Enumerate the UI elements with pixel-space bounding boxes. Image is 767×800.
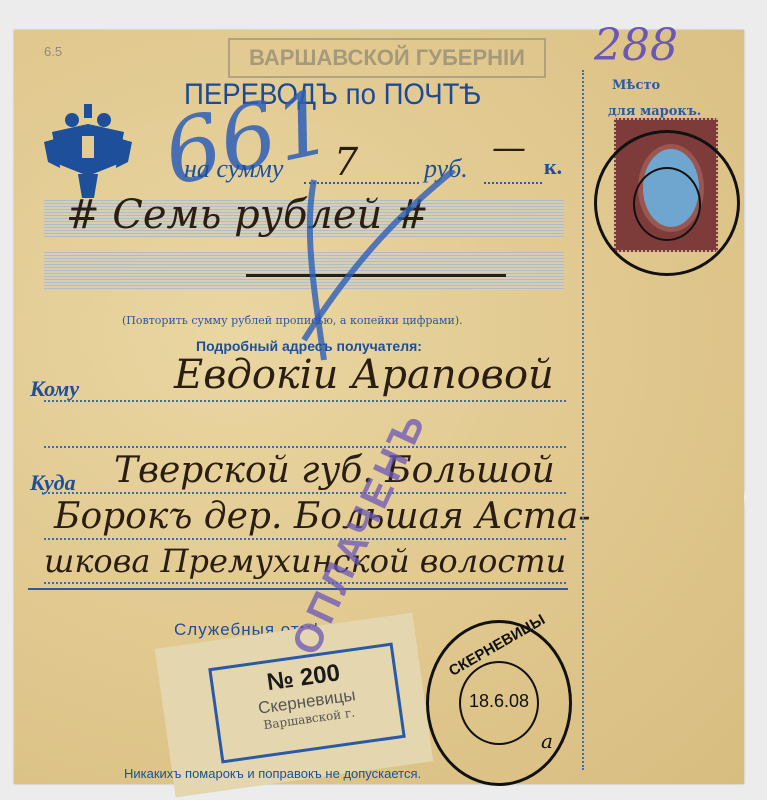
kopecks-dotted-line: [484, 182, 542, 184]
stamp-area-label-1: Мѣсто: [612, 78, 660, 93]
double-headed-eagle-icon: [42, 102, 134, 202]
where-line-2: Борокъ дер. Большая Аста-: [54, 496, 591, 537]
address-dotted-line-3: [44, 538, 566, 540]
postmark-top: [594, 130, 740, 276]
to-dotted-line: [44, 400, 566, 402]
to-value: Евдокіи Араповой: [174, 352, 554, 398]
kopecks-value: —: [492, 128, 526, 168]
address-dotted-line-2: [44, 492, 566, 494]
province-rectangular-stamp: ВАРШАВСКОЙ ГУБЕРНІИ: [228, 38, 546, 78]
where-line-1: Тверской губ. Большой: [114, 450, 555, 491]
stamp-area-label-2: для марокъ.: [608, 104, 701, 119]
footer-note: Никакихъ помарокъ и поправокъ не допуска…: [124, 766, 421, 781]
postmark-letter: а: [541, 729, 553, 753]
section-divider: [28, 588, 568, 590]
violet-number: 288: [594, 20, 678, 71]
kopecks-label: к.: [544, 154, 562, 180]
address-dotted-line-4: [44, 582, 566, 584]
to-label: Кому: [30, 376, 79, 402]
money-order-form: 6.5 ВАРШАВСКОЙ ГУБЕРНІИ ПЕРЕВОДЪ по ПОЧТ…: [14, 30, 744, 784]
postmark-date: 18.6.08: [469, 691, 529, 712]
punch-hole-notch: [744, 470, 767, 526]
tear-perforation-line: [582, 70, 584, 770]
address-dotted-line-1: [44, 446, 566, 448]
corner-pencil-note: 6.5: [44, 44, 62, 59]
amount-hint: (Повторить сумму рублей прописью, а копе…: [122, 314, 463, 327]
where-line-3: шкова Премухинской волости: [44, 542, 566, 580]
postmark-bottom: СКЕРНЕВИЦЫ 18.6.08 а: [426, 620, 572, 786]
